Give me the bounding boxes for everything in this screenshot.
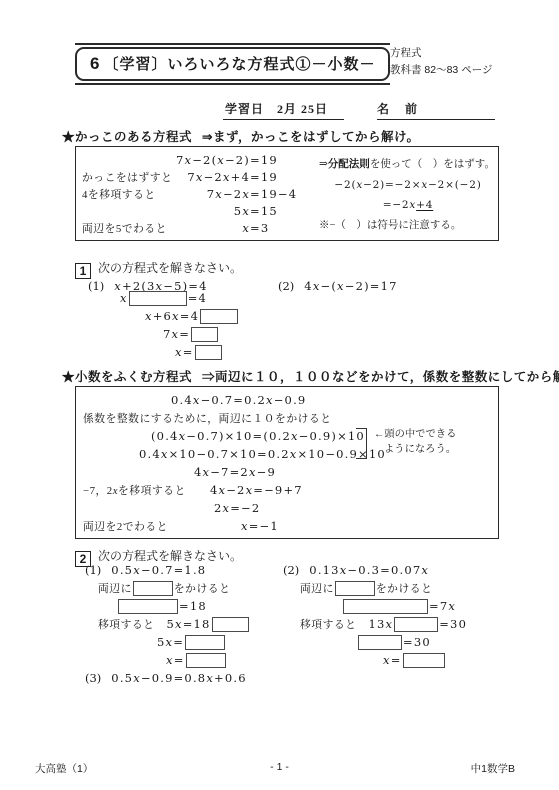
answer-box[interactable] <box>133 581 173 596</box>
answer-box[interactable] <box>191 327 218 342</box>
work-pre: x+6x=4 <box>145 309 199 323</box>
answer-box[interactable] <box>200 309 238 324</box>
section-decimal-hint: ⇒両辺に１０，１００などをかけて，係数を整数にしてから解け。 <box>202 370 559 384</box>
problem1-work-line3: 7x= <box>163 325 219 343</box>
section-parentheses-heading: ★かっこのある方程式⇒まず，かっこをはずしてから解け。 <box>62 127 420 145</box>
answer-box[interactable] <box>343 599 428 614</box>
worksheet-page: 6〔学習〕いろいろな方程式①－小数－ 方程式 教科書 82～83 ページ 学習日… <box>0 0 559 790</box>
step-rhs: =19 <box>250 153 278 167</box>
sign-caution: ※−（ ）は符号に注意する。 <box>319 216 497 236</box>
transfer-label: 移項すると <box>300 619 356 631</box>
multiply-pre: 両辺に <box>98 583 132 595</box>
p2q1-line6: x= <box>166 651 227 669</box>
step-label: 4を移項すると <box>82 187 174 202</box>
decimal-step-equation: 4x−7=2x−9 <box>194 465 276 479</box>
problem1-instruction: 次の方程式を解きなさい。 <box>98 261 242 275</box>
problem1-header: 1次の方程式を解きなさい。 <box>75 259 242 279</box>
answer-box[interactable] <box>118 599 178 614</box>
problem1-work-line4: x= <box>175 343 223 361</box>
step-rhs: =19−4 <box>250 187 297 201</box>
answer-box[interactable] <box>212 617 249 632</box>
decimal-step-equation: 0.4x−0.7=0.2x−0.9 <box>171 393 306 407</box>
multiply-post: をかけると <box>174 583 230 595</box>
p2q1-line3: =18 <box>117 597 207 615</box>
step-lhs: x <box>174 221 250 235</box>
title-box: 6〔学習〕いろいろな方程式①－小数－ <box>75 47 390 81</box>
decimal-step-equation: 2x=−2 <box>214 501 260 515</box>
answer-box[interactable] <box>335 581 375 596</box>
answer-box[interactable] <box>195 345 222 360</box>
distribution-result-underlined: +4 <box>416 199 433 211</box>
answer-box[interactable] <box>185 635 225 650</box>
section-decimal-title: ★小数をふくむ方程式 <box>62 370 192 384</box>
p2q2-line3: =7x <box>342 597 456 615</box>
work-post: =4 <box>188 291 207 305</box>
step-lhs: 7x−2x <box>174 187 250 201</box>
decimal-step-equation: 0.4x×10−0.7×10=0.2x×10−0.9×10 <box>139 447 386 461</box>
example-step-row: かっこをはずすと7x−2x+4=19 <box>82 170 278 185</box>
subject-label: 方程式 <box>390 45 492 62</box>
work-pre: 13x <box>368 617 393 631</box>
work-post: =18 <box>179 599 207 613</box>
decimal-step-text: 係数を整数にするために，両辺に１０をかけると <box>83 411 332 426</box>
decimal-step-label: 両辺を2でわると <box>83 519 168 534</box>
grouping-bracket <box>356 428 367 459</box>
work-pre: x= <box>383 653 402 667</box>
step-label: 両辺を5でわると <box>82 221 174 236</box>
problem2-item-2: (2)0.13x−0.3=0.07x <box>283 561 429 579</box>
p2q1-line5: 5x= <box>157 633 226 651</box>
header-right: 方程式 教科書 82～83 ページ <box>390 45 492 79</box>
arrow-icon: ⇒ <box>319 159 328 170</box>
item-label: (1) <box>85 563 101 577</box>
problem1-item-2: (2)4x−(x−2)=17 <box>278 277 398 295</box>
work-pre: x= <box>175 345 194 359</box>
answer-box[interactable] <box>358 635 402 650</box>
decimal-step-equation: 4x−2x=−9+7 <box>210 483 303 497</box>
p2q2-transfer-line: 移項すると13x=30 <box>300 615 467 633</box>
study-date: 学習日 2月 25日 <box>223 100 344 120</box>
equation-text: 4x−(x−2)=17 <box>304 279 397 293</box>
lesson-title: 〔学習〕いろいろな方程式①－小数－ <box>103 56 375 73</box>
answer-box[interactable] <box>186 653 226 668</box>
problem2-item-1: (1)0.5x−0.7=1.8 <box>85 561 206 579</box>
example-step-row: 4を移項すると7x−2x=19−4 <box>82 187 297 202</box>
answer-box[interactable] <box>394 617 438 632</box>
work-pre: x= <box>166 653 185 667</box>
equation-text: 0.5x−0.7=1.8 <box>111 563 206 577</box>
work-pre: x <box>120 291 128 305</box>
distribution-expansion: −2(x−2)=−2×x−2×(−2) <box>319 175 497 195</box>
item-label: (1) <box>88 279 104 293</box>
p2q1-transfer-line: 移項すると5x=18 <box>98 615 250 633</box>
textbook-page-label: 教科書 82～83 ページ <box>390 62 492 79</box>
name-field[interactable]: 名 前 <box>377 100 495 120</box>
step-rhs: =3 <box>250 221 269 235</box>
example-step-row: 両辺を5でわるとx=3 <box>82 221 269 236</box>
multiply-pre: 両辺に <box>300 583 334 595</box>
work-post: =30 <box>403 635 431 649</box>
decimal-step-label: −7，2xを移項すると <box>83 483 186 498</box>
step-label: かっこをはずすと <box>82 170 174 185</box>
mental-math-note-line1: ←頭の中でできる <box>374 427 456 442</box>
work-pre: 7x= <box>163 327 190 341</box>
problem1-work-line1: x=4 <box>120 289 207 307</box>
p2q1-multiply-line: 両辺にをかけると <box>98 579 230 597</box>
item-label: (3) <box>85 671 101 685</box>
work-pre: 5x=18 <box>166 617 210 631</box>
problem2-item-3: (3)0.5x−0.9=0.8x+0.6 <box>85 669 247 687</box>
example-step-row: 5x=15 <box>82 204 278 218</box>
example-box-decimal: 0.4x−0.7=0.2x−0.9 係数を整数にするために，両辺に１０をかけると… <box>75 386 499 539</box>
step-lhs: 5x <box>174 204 250 218</box>
p2q2-multiply-line: 両辺にをかけると <box>300 579 432 597</box>
item-label: (2) <box>283 563 299 577</box>
work-pre: 5x= <box>157 635 184 649</box>
decimal-step-equation: (0.4x−0.7)×10=(0.2x−0.9)×10 <box>151 429 365 443</box>
distribution-note-line1: ⇒分配法則を使って（ ）をはずす。 <box>319 155 497 175</box>
work-post: =30 <box>439 617 467 631</box>
distribution-result-pre: =−2x <box>383 199 416 211</box>
multiply-post: をかけると <box>376 583 432 595</box>
footer-course: 中1数学B <box>471 761 515 776</box>
transfer-label: 移項すると <box>98 619 154 631</box>
section-parentheses-title: ★かっこのある方程式 <box>62 130 192 144</box>
equation-text: 0.13x−0.3=0.07x <box>309 563 429 577</box>
lesson-number: 6 <box>90 54 100 73</box>
section-decimal-heading: ★小数をふくむ方程式⇒両辺に１０，１００などをかけて，係数を整数にしてから解け。 <box>62 367 559 385</box>
distribution-result: =−2x+4 <box>319 195 497 216</box>
step-lhs: 7x−2x+4 <box>174 170 250 184</box>
equation-text: 0.5x−0.9=0.8x+0.6 <box>111 671 246 685</box>
mental-math-note-line2: ようになろう。 <box>374 442 456 457</box>
item-label: (2) <box>278 279 294 293</box>
step-rhs: =19 <box>250 170 278 184</box>
p2q2-line6: x= <box>383 651 446 669</box>
example-box-parentheses: 7x−2(x−2)=19 かっこをはずすと7x−2x+4=19 4を移項すると7… <box>75 146 499 241</box>
answer-box[interactable] <box>129 291 187 306</box>
example-step-row: 7x−2(x−2)=19 <box>82 153 278 167</box>
decimal-step-equation: x=−1 <box>241 519 279 533</box>
mental-math-note: ←頭の中でできる ようになろう。 <box>374 427 456 457</box>
step-lhs: 7x−2(x−2) <box>174 153 250 167</box>
distribution-note-rest: を使って（ ）をはずす。 <box>370 159 495 170</box>
p2q2-line5: =30 <box>357 633 431 651</box>
distribution-law-term: 分配法則 <box>328 159 370 170</box>
answer-box[interactable] <box>403 653 445 668</box>
section-parentheses-hint: ⇒まず，かっこをはずしてから解け。 <box>202 130 419 144</box>
title-frame: 6〔学習〕いろいろな方程式①－小数－ <box>75 43 390 85</box>
step-rhs: =15 <box>250 204 278 218</box>
problem1-work-line2: x+6x=4 <box>145 307 239 325</box>
work-post: =7x <box>429 599 456 613</box>
distribution-note: ⇒分配法則を使って（ ）をはずす。 −2(x−2)=−2×x−2×(−2) =−… <box>319 155 497 236</box>
